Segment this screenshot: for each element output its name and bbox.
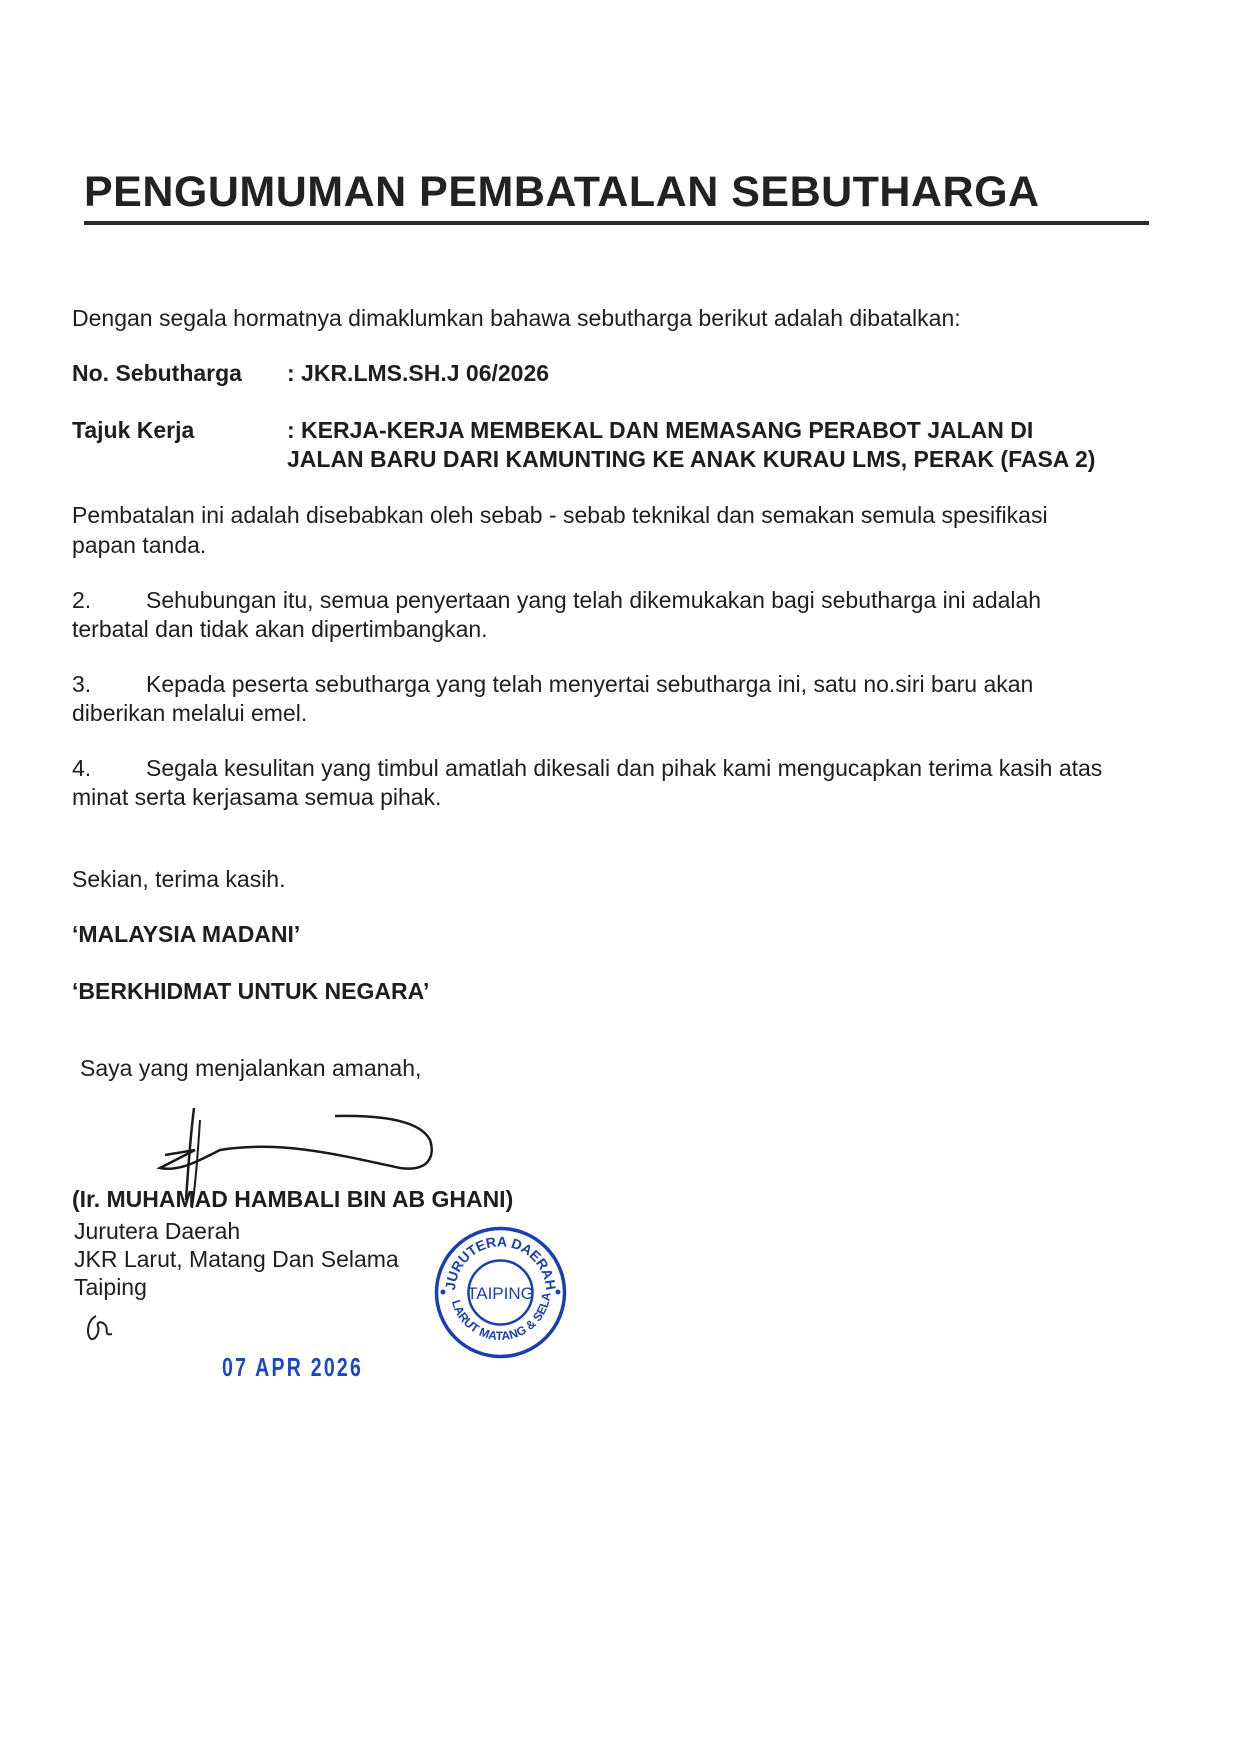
field-value-tajuk-kerja-line1: : KERJA-KERJA MEMBEKAL DAN MEMASANG PERA… bbox=[287, 415, 1033, 445]
paragraph-2-line1: 2.Sehubungan itu, semua penyertaan yang … bbox=[72, 585, 1041, 615]
signatory-position: Jurutera Daerah bbox=[74, 1216, 240, 1246]
paragraph-3-line1: 3.Kepada peserta sebutharga yang telah m… bbox=[72, 669, 1033, 699]
paragraph-4-line1: 4.Segala kesulitan yang timbul amatlah d… bbox=[72, 753, 1102, 783]
paragraph-3-line2: diberikan melalui emel. bbox=[72, 698, 307, 728]
paragraph-4-line2: minat serta kerjasama semua pihak. bbox=[72, 782, 441, 812]
paragraph-number: 4. bbox=[72, 753, 146, 783]
intro-text: Dengan segala hormatnya dimaklumkan baha… bbox=[72, 303, 961, 333]
paragraph-text: Segala kesulitan yang timbul amatlah dik… bbox=[146, 755, 1102, 781]
field-value-tajuk-kerja-line2: JALAN BARU DARI KAMUNTING KE ANAK KURAU … bbox=[287, 444, 1095, 474]
paragraph-text: Sehubungan itu, semua penyertaan yang te… bbox=[146, 587, 1041, 613]
paragraph-text: Kepada peserta sebutharga yang telah men… bbox=[146, 671, 1033, 697]
official-stamp-icon: JURUTERA DAERAH JKR LARUT MATANG & SELAM… bbox=[433, 1225, 568, 1360]
paragraph-number: 2. bbox=[72, 585, 146, 615]
field-label-no-sebutharga: No. Sebutharga bbox=[72, 358, 242, 388]
title-underline bbox=[84, 221, 1149, 225]
reason-line2: papan tanda. bbox=[72, 530, 206, 560]
date-stamp: 07 APR 2026 bbox=[222, 1352, 363, 1383]
initial-mark-icon bbox=[82, 1312, 118, 1344]
signatory-location: Taiping bbox=[74, 1272, 147, 1302]
signatory-name: (Ir. MUHAMAD HAMBALI BIN AB GHANI) bbox=[72, 1184, 513, 1214]
closing-text: Sekian, terima kasih. bbox=[72, 864, 285, 894]
signatory-department: JKR Larut, Matang Dan Selama bbox=[74, 1244, 399, 1274]
sign-off-text: Saya yang menjalankan amanah, bbox=[80, 1053, 421, 1083]
svg-text:TAIPING: TAIPING bbox=[467, 1284, 534, 1303]
paragraph-2-line2: terbatal dan tidak akan dipertimbangkan. bbox=[72, 614, 488, 644]
paragraph-number: 3. bbox=[72, 669, 146, 699]
slogan-berkhidmat: ‘BERKHIDMAT UNTUK NEGARA’ bbox=[72, 976, 429, 1006]
field-label-tajuk-kerja: Tajuk Kerja bbox=[72, 415, 194, 445]
slogan-malaysia-madani: ‘MALAYSIA MADANI’ bbox=[72, 919, 300, 949]
reason-line1: Pembatalan ini adalah disebabkan oleh se… bbox=[72, 500, 1048, 530]
page-title: PENGUMUMAN PEMBATALAN SEBUTHARGA bbox=[84, 168, 1040, 217]
field-value-no-sebutharga: : JKR.LMS.SH.J 06/2026 bbox=[287, 358, 549, 388]
